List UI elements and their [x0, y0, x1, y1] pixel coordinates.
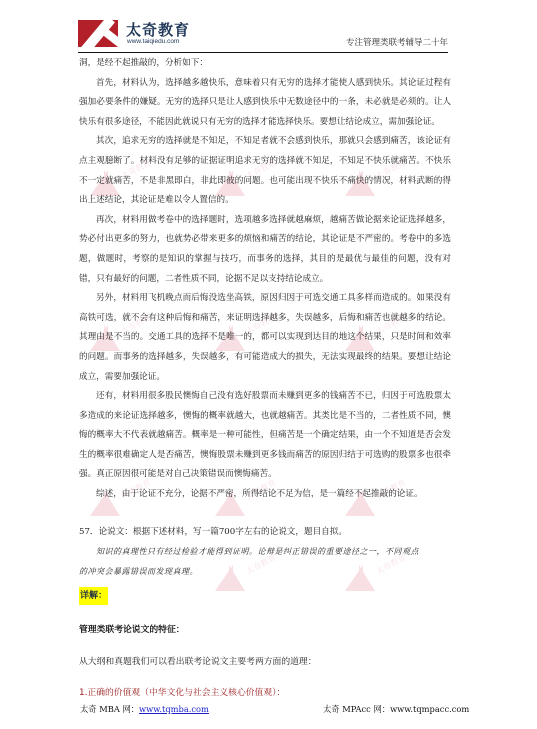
taiqi-logo-icon [78, 20, 118, 47]
material-quote-line1: 知识的真理性只有经过检验才能得到证明。论辩是纠正错误的重要途径之一，不同观点 [79, 542, 451, 562]
logo-url: www.taiqiedu.com [127, 38, 179, 45]
point-1-heading: 1.正确的价值观（中华文化与社会主义核心价值观）： [79, 684, 451, 704]
material-quote-line2: 的冲突会暴露错误而发现真理。 [79, 562, 451, 582]
paragraph-fifth: 还有，材料用很多股民懊悔自己没有选好股票而未赚到更多的钱痛苦不已，归因于可选股票… [79, 387, 451, 485]
footer-right: 太奇 MPAcc 网：www.tqmpacc.com [323, 703, 469, 715]
paragraph-summary: 综述，由于论证不充分，论据不严密，所得结论不足为信，是一篇经不起推敲的论证。 [79, 485, 451, 505]
footer-mba-link[interactable]: www.tqmba.com [139, 704, 209, 714]
logo-name: 太奇教育 [126, 19, 190, 40]
detail-label-highlight: 详解： [79, 587, 108, 605]
paragraph-fourth: 另外，材料用飞机晚点而后悔没选坐高铁，原因归因于可选交通工具多样而造成的。如果没… [79, 289, 451, 387]
page-header: 太奇教育 www.taiqiedu.com 专注管理类联考辅导二十年 [78, 20, 448, 53]
document-body: 洞，是经不起推敲的，分析如下： 首先，材料认为，选择越多越快乐，意味着只有无穷的… [79, 54, 451, 704]
footer-mba-label: 太奇 MBA 网： [80, 704, 139, 714]
paragraph-third: 再次，材料用做考卷中的选择题时，选项越多选择就越麻烦，越痛苦做论据来论证选择越多… [79, 211, 451, 289]
paragraph-first: 首先，材料认为，选择越多越快乐，意味着只有无穷的选择才能使人感到快乐。其论证过程… [79, 74, 451, 133]
footer-left: 太奇 MBA 网：www.tqmba.com [80, 703, 209, 715]
paragraph-second: 其次，追求无穷的选择就是不知足，不知足者就不会感到快乐，那就只会感到痛苦，该论证… [79, 132, 451, 210]
section-text: 从大纲和真题我们可以看出联考论说文主要考两方面的道理： [79, 653, 451, 673]
footer-mpacc-url: www.tqmpacc.com [390, 704, 469, 714]
intro-line: 洞，是经不起推敲的，分析如下： [79, 54, 451, 74]
section-title: 管理类联考论说文的特征： [79, 621, 451, 641]
header-slogan: 专注管理类联考辅导二十年 [346, 36, 448, 48]
question-57: 57．论说文：根据下述材料，写一篇700字左右的论说文，题目自拟。 [79, 523, 451, 543]
footer-mpacc-label: 太奇 MPAcc 网： [323, 704, 390, 714]
document-page: 太奇教育 太奇教育 太奇教育 太奇教育 太奇教育 太奇教育 太奇教育 太奇教育 … [0, 0, 537, 729]
